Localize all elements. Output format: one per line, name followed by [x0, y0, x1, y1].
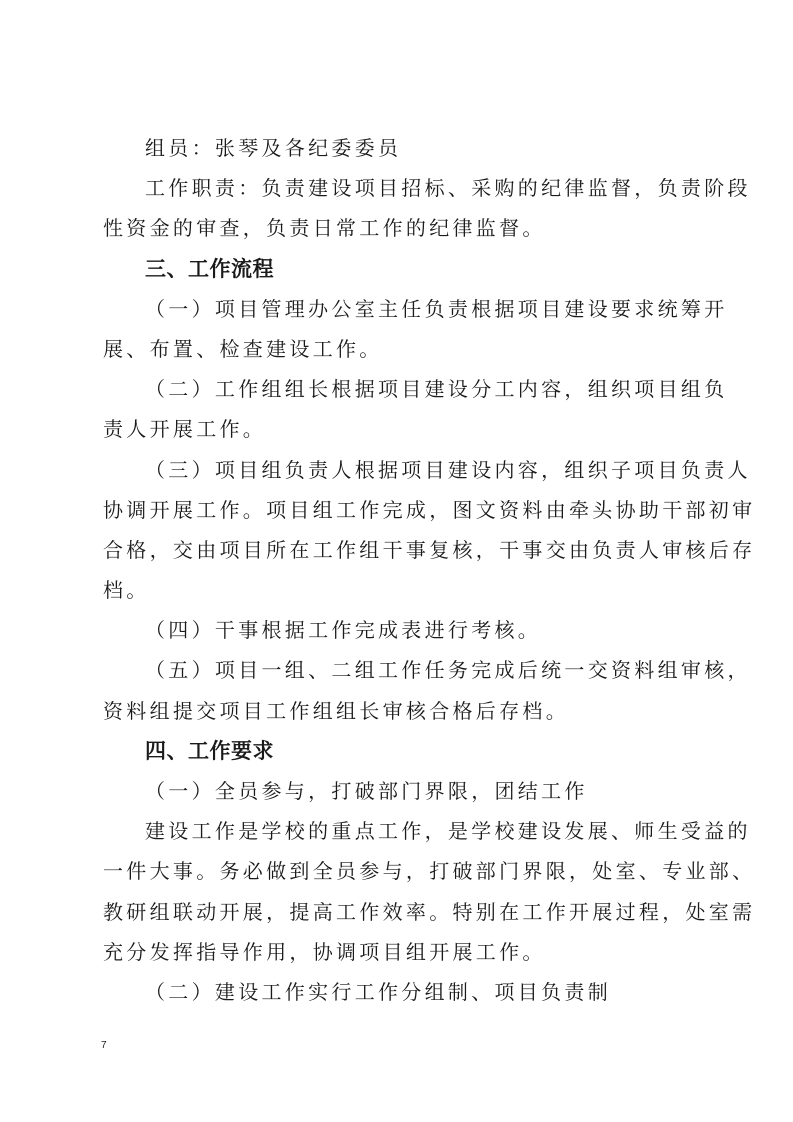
paragraph-workflow-2-cont: 责人开展工作。: [103, 409, 693, 449]
paragraph-workflow-1: （一）项目管理办公室主任负责根据项目建设要求统筹开: [103, 289, 693, 329]
paragraph-workflow-3: （三）项目组负责人根据项目建设内容，组织子项目负责人: [103, 450, 693, 490]
duties-line: 工作职责：负责建设项目招标、采购的纪律监督，负责阶段: [103, 168, 693, 208]
paragraph-workflow-3-cont-1: 协调开展工作。项目组工作完成，图文资料由牵头协助干部初审: [103, 490, 693, 530]
paragraph-workflow-5-cont: 资料组提交项目工作组组长审核合格后存档。: [103, 691, 693, 731]
paragraph-workflow-3-cont-2: 合格，交由项目所在工作组干事复核，干事交由负责人审核后存: [103, 530, 693, 570]
paragraph-workflow-5: （五）项目一组、二组工作任务完成后统一交资料组审核，: [103, 650, 693, 690]
page-number: 7: [101, 1040, 107, 1051]
section-heading-requirements: 四、工作要求: [103, 731, 693, 771]
section-heading-workflow: 三、工作流程: [103, 249, 693, 289]
paragraph-requirement-1-cont-3: 充分发挥指导作用，协调项目组开展工作。: [103, 932, 693, 972]
members-line: 组员：张琴及各纪委委员: [103, 128, 693, 168]
paragraph-requirement-1-title: （一）全员参与，打破部门界限，团结工作: [103, 771, 693, 811]
paragraph-requirement-1: 建设工作是学校的重点工作，是学校建设发展、师生受益的: [103, 811, 693, 851]
paragraph-requirement-1-cont-1: 一件大事。务必做到全员参与，打破部门界限，处室、专业部、: [103, 851, 693, 891]
paragraph-workflow-3-cont-3: 档。: [103, 570, 693, 610]
document-page: 组员：张琴及各纪委委员 工作职责：负责建设项目招标、采购的纪律监督，负责阶段 性…: [103, 128, 693, 1012]
paragraph-workflow-1-cont: 展、布置、检查建设工作。: [103, 329, 693, 369]
paragraph-workflow-2: （二）工作组组长根据项目建设分工内容，组织项目组负: [103, 369, 693, 409]
duties-line-cont: 性资金的审查，负责日常工作的纪律监督。: [103, 208, 693, 248]
paragraph-requirement-2-title: （二）建设工作实行工作分组制、项目负责制: [103, 972, 693, 1012]
paragraph-workflow-4: （四）干事根据工作完成表进行考核。: [103, 610, 693, 650]
paragraph-requirement-1-cont-2: 教研组联动开展，提高工作效率。特别在工作开展过程，处室需: [103, 892, 693, 932]
